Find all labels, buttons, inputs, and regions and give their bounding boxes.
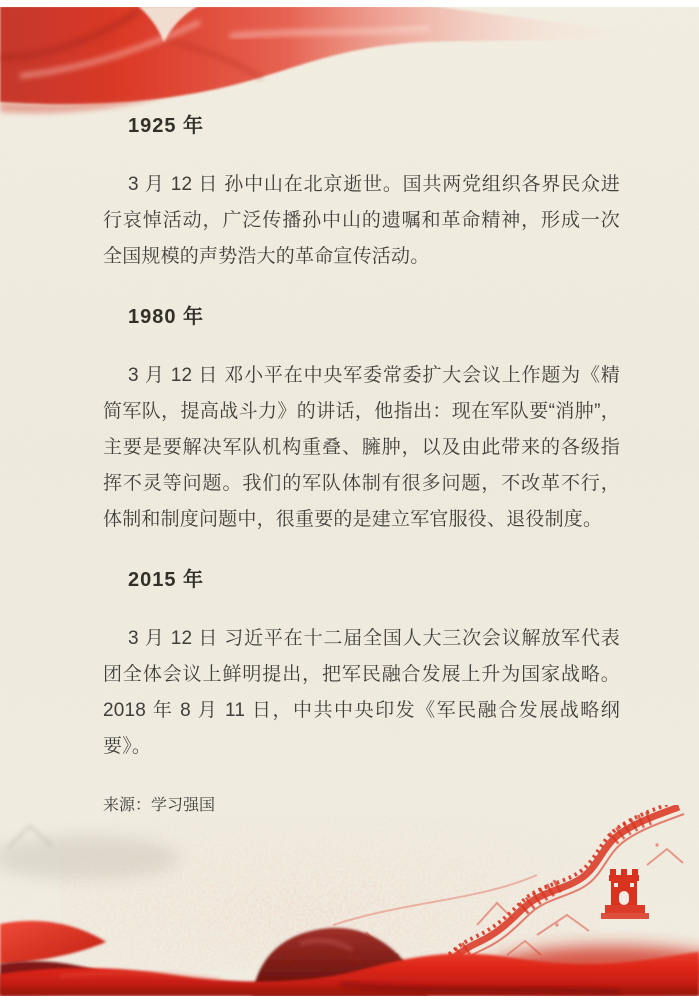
top-white-margin <box>0 0 699 7</box>
great-wall-icon <box>327 805 699 991</box>
timeline-section-1925: 1925 年 3 月 12 日 孙中山在北京逝世。国共两党组织各界民众进行哀悼活… <box>103 112 620 275</box>
year-heading-2015: 2015 年 <box>128 566 620 594</box>
section-paragraph-2015: 3 月 12 日 习近平在十二届全国人大三次会议解放军代表团全体会议上鲜明提出，… <box>103 621 620 765</box>
article-body: 1925 年 3 月 12 日 孙中山在北京逝世。国共两党组织各界民众进行哀悼活… <box>103 0 620 817</box>
timeline-section-1980: 1980 年 3 月 12 日 邓小平在中央军委常委扩大会议上作题为《精简军队，… <box>103 303 620 538</box>
year-heading-1980: 1980 年 <box>128 303 620 331</box>
timeline-section-2015: 2015 年 3 月 12 日 习近平在十二届全国人大三次会议解放军代表团全体会… <box>103 566 620 765</box>
source-line: 来源：学习强国 <box>103 795 620 817</box>
article-page: { "page": { "background_color": "#f2eee1… <box>0 0 699 1003</box>
section-paragraph-1925: 3 月 12 日 孙中山在北京逝世。国共两党组织各界民众进行哀悼活动，广泛传播孙… <box>103 167 620 275</box>
section-paragraph-1980: 3 月 12 日 邓小平在中央军委常委扩大会议上作题为《精简军队，提高战斗力》的… <box>103 358 620 538</box>
year-heading-1925: 1925 年 <box>128 112 620 140</box>
red-silk-waves-icon <box>0 796 699 996</box>
bottom-white-margin <box>0 996 699 1003</box>
